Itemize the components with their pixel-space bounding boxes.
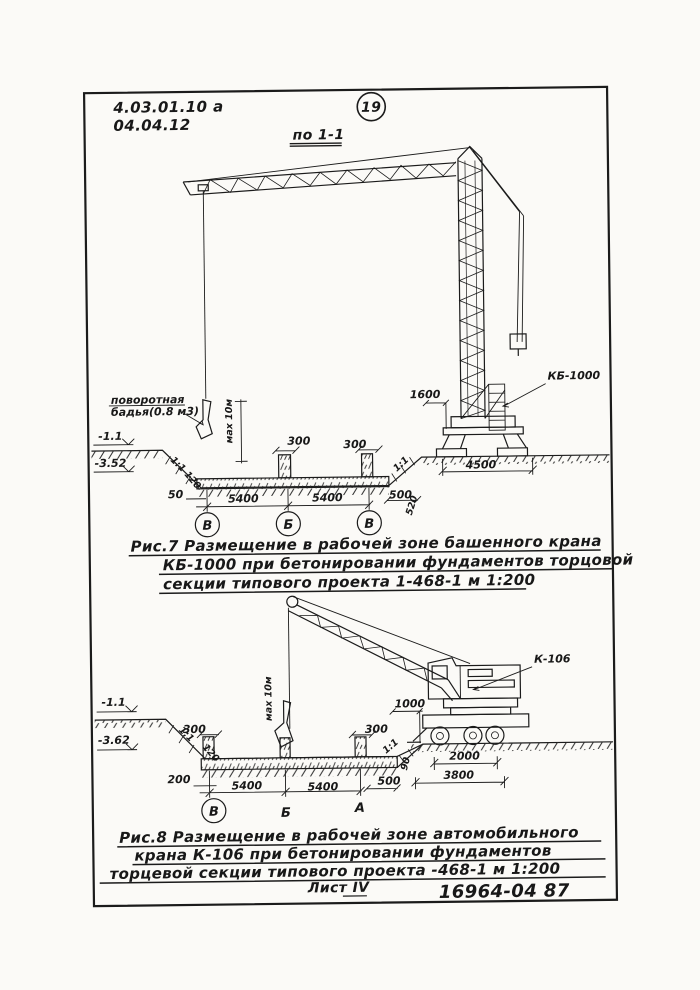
dim-track1: 2000 — [449, 749, 480, 762]
dim-crane-offset: 1600 — [410, 388, 441, 401]
crane-model-label-8: К-106 — [534, 652, 571, 665]
doc-date: 04.04.12 — [113, 116, 190, 135]
axis-label-1: В — [202, 519, 212, 534]
slewing-platform — [443, 427, 523, 435]
tower-ladder — [489, 384, 506, 430]
boom-foot — [441, 680, 460, 701]
berm-gap-dims — [186, 496, 421, 506]
portal-legs — [442, 434, 526, 449]
wall-8-mid — [280, 738, 290, 758]
axis-label-2: Б — [283, 518, 293, 533]
fig7-dimensions: поворотная бадья(0.8 м3) -1.1 -3.52 1:1 … — [93, 369, 603, 538]
body-vent-2 — [468, 680, 514, 688]
dim-berm: 50 — [168, 488, 184, 501]
outrigger — [407, 728, 427, 742]
dim-base-width: 4500 — [465, 458, 497, 471]
hub-3 — [491, 732, 498, 739]
axis-label-8-2: Б — [281, 806, 291, 821]
elev-ground: -1.1 — [98, 430, 122, 443]
bogie-left — [436, 449, 466, 457]
foundation-wall-right — [361, 454, 372, 477]
dim-span1: 5400 — [228, 492, 259, 505]
fig8-auto-crane — [273, 593, 529, 747]
bucket-label-2: бадья(0.8 м3) — [111, 405, 199, 419]
rear-hoist-ropes — [516, 212, 526, 342]
sheet-label: Лист IV — [307, 880, 371, 897]
dim-span2: 5400 — [312, 491, 343, 504]
dim-track2: 3800 — [443, 769, 474, 782]
dim-wall-right-8: 300 — [365, 723, 388, 736]
boom-pendant-rope — [293, 595, 470, 666]
crane-cab-body — [428, 657, 520, 699]
dim-boom-offset: 1000 — [394, 697, 425, 710]
tower-lattice — [458, 160, 485, 418]
elev-bottom: -3.52 — [95, 457, 127, 470]
hook-travel-dim — [235, 399, 248, 463]
hub-1 — [436, 732, 443, 739]
body-vent-1 — [468, 669, 492, 676]
fig8-caption: Рис.8 Размещение в рабочей зоне автомоби… — [109, 823, 579, 883]
wheel-2 — [464, 726, 482, 744]
elev-bottom-8: -3.62 — [98, 734, 130, 747]
fig8-dimensions: -1.1 -3.62 1:1 120 300 300 200 1:1 500 9… — [96, 652, 573, 824]
boom-lattice — [299, 614, 427, 683]
axis-label-3: В — [364, 517, 374, 532]
hub-2 — [469, 732, 476, 739]
dim-span1-8: 5400 — [231, 779, 262, 792]
page-number: 19 — [361, 100, 381, 116]
dim-berm-8: 200 — [167, 773, 190, 786]
turntable — [443, 698, 517, 708]
dim-wall-left-8: 300 — [183, 723, 206, 736]
section-label: по 1-1 — [293, 127, 345, 144]
doc-number: 16964-04 87 — [439, 880, 570, 903]
crane-offset-dim — [423, 400, 449, 429]
dim-gap-8: 500 — [377, 774, 400, 787]
truck-chassis — [423, 714, 529, 728]
sheet-border-frame — [84, 87, 617, 906]
wall-8-right — [355, 737, 366, 757]
crane-model-label: КБ-1000 — [547, 369, 600, 383]
slope-right-label-8: 1:1 — [381, 737, 401, 756]
hoist-line — [203, 191, 206, 399]
dim-slope-v-8: 90 — [399, 756, 413, 772]
footer: Лист IV 16964-04 87 — [307, 877, 570, 904]
jib-chords — [183, 163, 456, 195]
elev-ground-8: -1.1 — [101, 696, 125, 709]
crane-model-leader — [503, 384, 546, 408]
hook-travel-label-8: мах 10м — [263, 676, 275, 721]
bogie-right — [497, 448, 527, 456]
wheel-1 — [431, 727, 449, 745]
soil-hatch-left-8 — [95, 719, 166, 728]
wheel-3 — [486, 726, 504, 744]
drawing-svg: 4.03.01.10 а 04.04.12 19 по 1-1 — [0, 0, 700, 990]
jib-trolley — [198, 185, 208, 191]
slope-right-label: 1:1 — [391, 455, 411, 475]
tower-chords — [458, 158, 485, 418]
fig7-caption: Рис.7 Размещение в рабочей зоне башенног… — [131, 532, 634, 594]
dim-wall-left: 300 — [287, 434, 310, 447]
section-label-underline — [290, 143, 342, 146]
fig8-trench — [95, 714, 614, 779]
doc-code: 4.03.01.10 а — [112, 98, 224, 117]
dim-wall-right: 300 — [343, 438, 366, 451]
scanned-drawing-page: 4.03.01.10 а 04.04.12 19 по 1-1 — [0, 0, 700, 990]
foundation-wall-left — [279, 455, 291, 478]
rear-hook-block — [510, 334, 526, 349]
axis-label-8-3: А — [354, 801, 365, 816]
hook-travel-label: мах 10м — [224, 399, 236, 444]
ground-profile-8 — [95, 714, 613, 760]
axis-label-8-1: В — [209, 805, 219, 820]
header: 4.03.01.10 а 04.04.12 19 по 1-1 — [112, 96, 382, 146]
